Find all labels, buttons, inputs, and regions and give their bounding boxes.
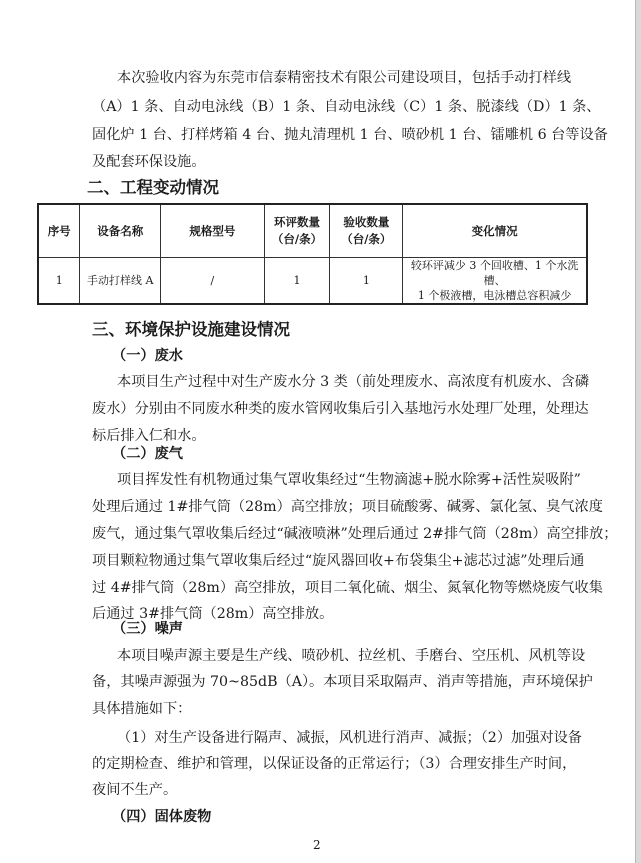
- table-row: 1 手动打样线 A / 1 1 较环评减少 3 个回收槽、1 个水洗槽、 1 个…: [38, 258, 587, 305]
- wastewater-line-1: 本项目生产过程中对生产废水分 3 类（前处理废水、高浓度有机废水、含磷: [117, 371, 589, 391]
- page-number: 2: [313, 838, 321, 852]
- cell-name: 手动打样线 A: [80, 258, 161, 305]
- header-line: （台/条）: [332, 231, 400, 248]
- noise-line-4: （1）对生产设备进行隔声、减振，风机进行消声、减振；（2）加强对设备: [117, 727, 582, 747]
- col-header-name: 设备名称: [80, 204, 161, 258]
- table-header-row: 序号 设备名称 规格型号 环评数量 （台/条） 验收数量 （台/条） 变化情况: [38, 204, 587, 258]
- wastewater-line-3: 标后排入仁和水。: [92, 425, 206, 445]
- subsection-noise-heading: （三）噪声: [112, 618, 183, 638]
- exhaust-line-3: 废气，通过集气罩收集后经过“碱液喷淋”处理后通过 2#排气筒（28m）高空排放；: [92, 523, 617, 543]
- noise-line-6: 夜间不生产。: [92, 779, 177, 799]
- section-3-heading: 三、环境保护设施建设情况: [92, 316, 290, 340]
- header-line: 验收数量: [332, 214, 400, 231]
- section-2-heading: 二、工程变动情况: [87, 174, 219, 198]
- wastewater-line-2: 废水）分别由不同废水种类的废水管网收集后引入基地污水处理厂处理，处理达: [92, 398, 589, 418]
- change-line: 较环评减少 3 个回收槽、1 个水洗槽、: [405, 258, 584, 288]
- header-line: 环评数量: [267, 214, 328, 231]
- intro-line-1: 本次验收内容为东莞市信泰精密技术有限公司建设项目，包括手动打样线: [117, 67, 571, 87]
- exhaust-line-4: 项目颗粒物通过集气罩收集后经过“旋风器回收+布袋集尘+滤芯过滤”处理后通: [92, 550, 584, 570]
- col-header-spec: 规格型号: [161, 204, 265, 258]
- scan-edge: [635, 0, 641, 863]
- subsection-wastewater-heading: （一）废水: [112, 345, 183, 365]
- noise-line-3: 具体措施如下：: [92, 698, 191, 718]
- intro-line-2: （A）1 条、自动电泳线（B）1 条、自动电泳线（C）1 条、脱漆线（D）1 条…: [92, 96, 601, 116]
- noise-line-1: 本项目噪声源主要是生产线、喷砂机、拉丝机、手磨台、空压机、风机等设: [117, 645, 585, 665]
- noise-line-2: 备，其噪声源强为 70~85dB（A）。本项目采取隔声、消声等措施，声环境保护: [92, 671, 593, 691]
- noise-line-5: 的定期检查、维护和管理，以保证设备的正常运行；（3）合理安排生产时间，: [92, 753, 576, 773]
- cell-change: 较环评减少 3 个回收槽、1 个水洗槽、 1 个极液槽，电泳槽总容积减少: [403, 258, 587, 305]
- col-header-eia-qty: 环评数量 （台/条）: [264, 204, 330, 258]
- intro-line-4: 及配套环保设施。: [92, 151, 206, 171]
- col-header-acceptance-qty: 验收数量 （台/条）: [330, 204, 403, 258]
- exhaust-line-5: 过 4#排气筒（28m）高空排放，项目二氧化硫、烟尘、氮氧化物等燃烧废气收集: [92, 577, 603, 597]
- exhaust-line-1: 项目挥发性有机物通过集气罩收集经过“生物滴滤+脱水除雾+活性炭吸附”: [117, 469, 581, 489]
- cell-no: 1: [38, 258, 80, 305]
- cell-eia-qty: 1: [264, 258, 330, 305]
- change-line: 1 个极液槽，电泳槽总容积减少: [405, 288, 584, 303]
- col-header-no: 序号: [38, 204, 80, 258]
- change-table: 序号 设备名称 规格型号 环评数量 （台/条） 验收数量 （台/条） 变化情况 …: [37, 203, 588, 305]
- header-line: （台/条）: [267, 231, 328, 248]
- cell-spec: /: [161, 258, 265, 305]
- cell-acceptance-qty: 1: [330, 258, 403, 305]
- col-header-change: 变化情况: [403, 204, 587, 258]
- intro-line-3: 固化炉 1 台、打样烤箱 4 台、抛丸清理机 1 台、喷砂机 1 台、镭雕机 6…: [92, 124, 608, 144]
- subsection-solid-waste-heading: （四）固体废物: [112, 806, 211, 826]
- subsection-exhaust-heading: （二）废气: [112, 443, 183, 463]
- exhaust-line-2: 处理后通过 1#排气筒（28m）高空排放；项目硫酸雾、碱雾、氯化氢、臭气浓度: [92, 496, 603, 516]
